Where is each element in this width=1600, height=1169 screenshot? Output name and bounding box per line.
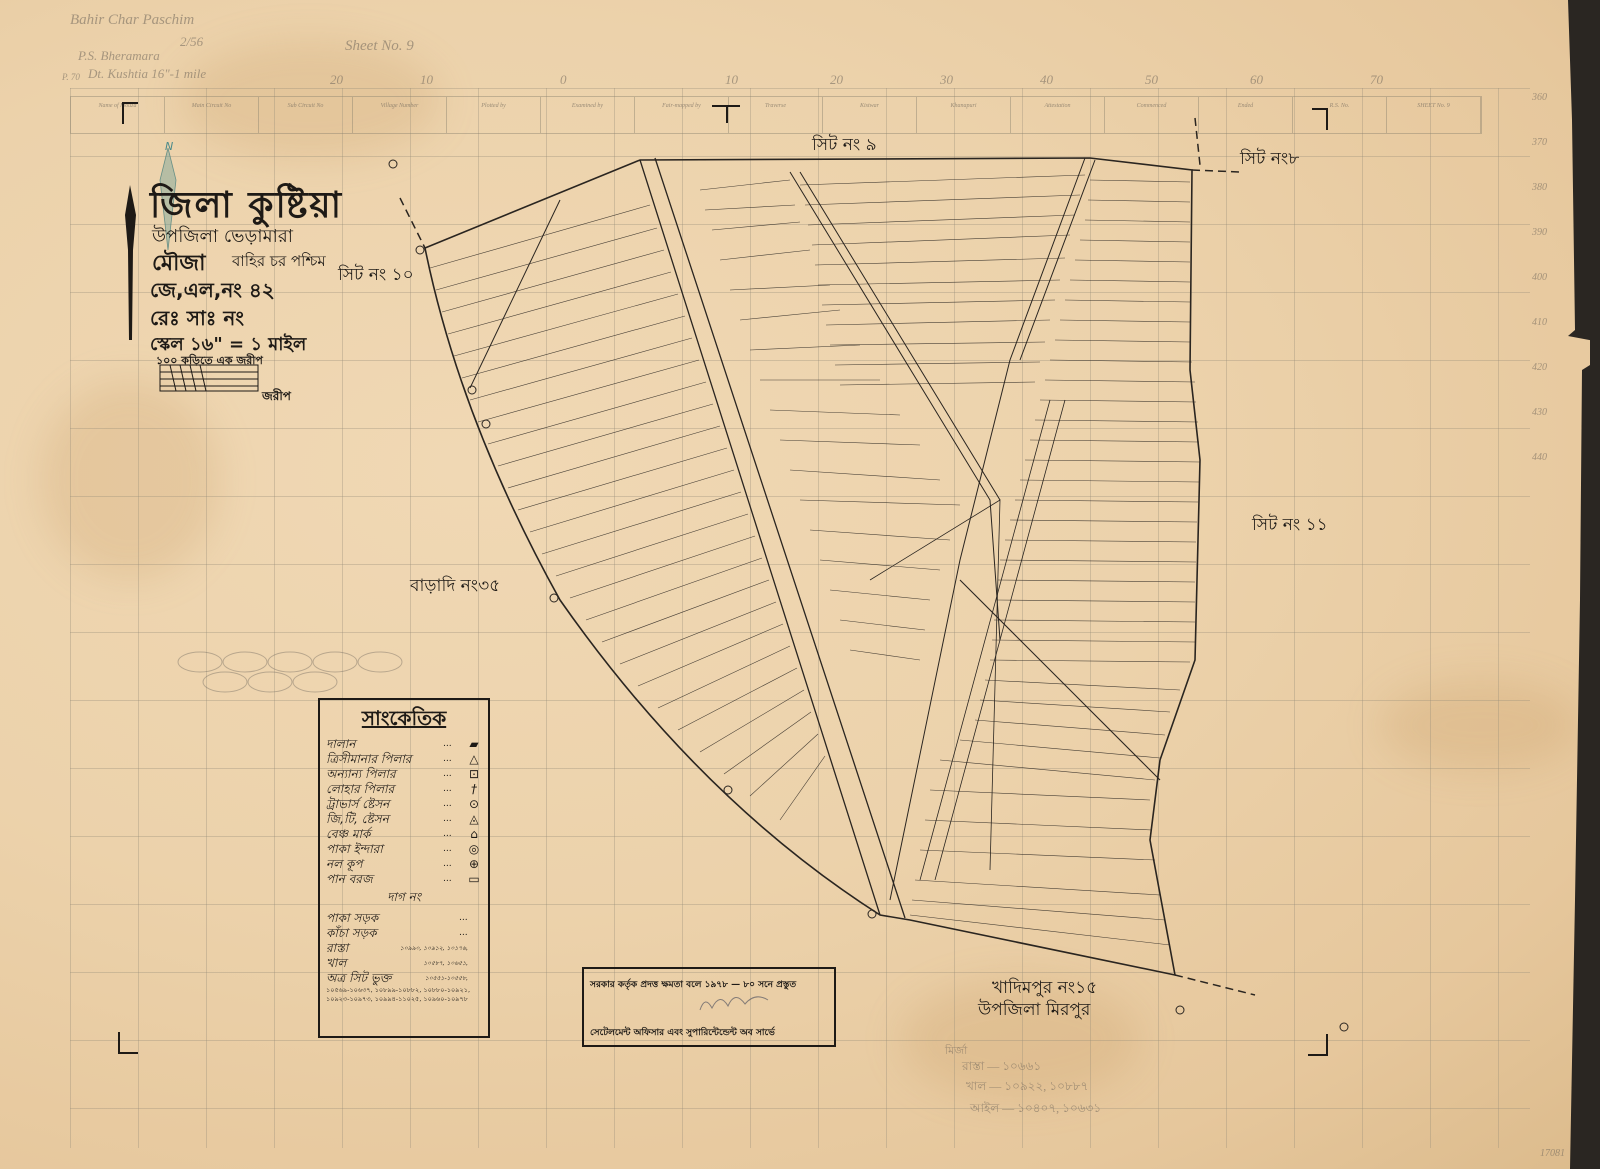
legend-section-heading: দাগ নং xyxy=(320,889,488,909)
legend-row: ত্রিসীমানার পিলার...△ xyxy=(320,752,488,767)
iron-pillar-icon: † xyxy=(466,782,482,797)
certificate-line: সরকার কর্তৃক প্রদত্ত ক্ষমতা বলে ১৯৭৮ — ৮… xyxy=(584,969,834,992)
legend-row: পাকা ইন্দারা...◎ xyxy=(320,842,488,857)
certificate-box: সরকার কর্তৃক প্রদত্ত ক্ষমতা বলে ১৯৭৮ — ৮… xyxy=(582,967,836,1047)
legend-row: রাস্তা১০৯৯০, ১০৯১২, ১০১৭৬, xyxy=(320,941,488,956)
legend-row: অন্যান্য পিলার...⊡ xyxy=(320,767,488,782)
north-arrow-label: N xyxy=(165,140,173,153)
betel-garden-icon: ▭ xyxy=(466,872,482,887)
legend-row: কাঁচা সড়ক... xyxy=(320,926,488,941)
certificate-signatory: সেটেলমেন্ট অফিসার এবং সুপারিন্টেন্ডেন্ট … xyxy=(584,1025,781,1040)
legend-row: পাকা সড়ক... xyxy=(320,911,488,926)
tubewell-icon: ⊕ xyxy=(466,857,482,872)
pencil-note: আইল — ১০৪০৭, ১০৬৩১ xyxy=(970,1100,1101,1120)
legend-row: লোহার পিলার...† xyxy=(320,782,488,797)
pencil-note: রাস্তা — ১০৬৬১ xyxy=(962,1058,1041,1078)
neighbor-mouza-label: উপজিলা মিরপুর xyxy=(978,997,1090,1025)
adjacent-sheet-label: সিট নং ১০ xyxy=(338,262,414,290)
neighbor-mouza-label: বাড়াদি নং৩৫ xyxy=(410,573,500,601)
well-icon: ◎ xyxy=(466,842,482,857)
plot-range-list: ১০৫৬৯-১০৬৩৭, ১০৮৯৯-১০৮৮২, ১০৮৮০-১০৯২১, ১… xyxy=(320,986,488,1004)
legend-row: জি,টি, ষ্টেসন...◬ xyxy=(320,812,488,827)
legend-row: বেঞ্চ মার্ক...⌂ xyxy=(320,827,488,842)
adjacent-sheet-label: সিট নং৮ xyxy=(1240,146,1299,174)
scale-bar-unit: জরীপ xyxy=(262,388,291,408)
pencil-note: খাল — ১০৯২২, ১০৮৮৭ xyxy=(966,1078,1088,1098)
traverse-station-icon: ⊙ xyxy=(466,797,482,812)
legend-title: সাংকেতিক xyxy=(320,704,488,737)
legend-box: সাংকেতিক দালান...▰ ত্রিসীমানার পিলার...△… xyxy=(318,698,490,1038)
bench-mark-icon: ⌂ xyxy=(466,827,482,842)
legend-row: নল কূপ...⊕ xyxy=(320,857,488,872)
tri-junction-pillar-icon: △ xyxy=(466,752,482,767)
map-sheet: Name of Mouza Main Circuit No Sub Circui… xyxy=(0,0,1590,1169)
legend-row: অত্র সিট ভুক্ত১০৫৫১-১০৫৫৮, xyxy=(320,971,488,986)
legend-row: খাল১০৫৮৭, ১০৬৫১, xyxy=(320,956,488,971)
mouza-name: বাহির চর পশ্চিম xyxy=(232,250,326,275)
adjacent-sheet-label: সিট নং ১১ xyxy=(1252,512,1328,540)
legend-row: দালান...▰ xyxy=(320,737,488,752)
legend-row: পান বরজ...▭ xyxy=(320,872,488,887)
pencil-note: 17081 xyxy=(1540,1148,1565,1159)
other-pillar-icon: ⊡ xyxy=(466,767,482,782)
gt-station-icon: ◬ xyxy=(466,812,482,827)
legend-row: ট্রাভার্স ষ্টেসন...⊙ xyxy=(320,797,488,812)
building-icon: ▰ xyxy=(466,737,482,752)
adjacent-sheet-label: সিট নং ৯ xyxy=(812,132,877,160)
